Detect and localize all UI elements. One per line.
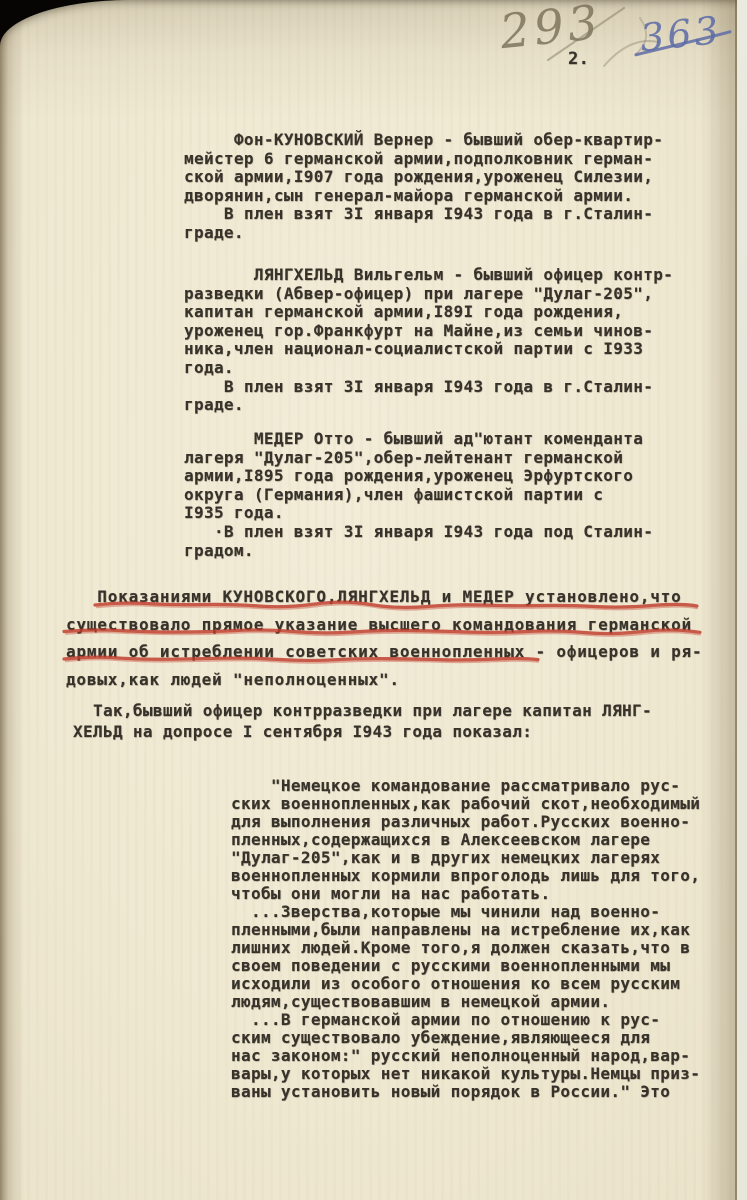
typed-line: существовало прямое указание высшего ком… <box>66 611 716 639</box>
typed-line: капитан германской армии,I89I года рожде… <box>184 303 694 322</box>
testimony-quote-paragraph: "Немецкое командование рассматривало рус… <box>231 777 726 1101</box>
typed-line: ским существовало убеждение,являющееся д… <box>231 1029 726 1047</box>
typed-line: армии об истреблении советских военнопле… <box>66 638 716 666</box>
typed-line: ХЕЛЬД на допросе I сентября I943 года по… <box>73 722 713 743</box>
typed-line: военнопленных кормили впроголодь лишь дл… <box>231 867 726 885</box>
typed-line: ской армии,I907 года рождения,уроженец С… <box>184 168 694 187</box>
typed-line: В плен взят 3I января I943 года в г.Стал… <box>184 205 694 224</box>
typed-line: вары,у которых нет никакой культуры.Немц… <box>231 1065 726 1083</box>
typed-line: пленными,были направлены на истребление … <box>231 921 726 939</box>
typed-line: МЕДЕР Отто - бывший ад"ютант коменданта <box>184 430 694 449</box>
typed-page-number: 2. <box>568 50 589 69</box>
bio-paragraph-meder: МЕДЕР Отто - бывший ад"ютант комендантал… <box>184 430 694 560</box>
typed-line: лагеря "Дулаг-205",обер-лейтенант герман… <box>184 449 694 468</box>
typed-line: года. <box>184 359 694 378</box>
bio-paragraph-kunowski: Фон-КУНОВСКИЙ Вернер - бывший обер-кварт… <box>184 131 694 243</box>
typed-line: для выполнения различных работ.Русских в… <box>231 813 726 831</box>
typed-line: ...В германской армии по отношению к рус… <box>231 1011 726 1029</box>
typed-line: исходили из особого отношения ко всем ру… <box>231 975 726 993</box>
typed-line: нас законом:" русский неполноценный наро… <box>231 1047 726 1065</box>
typed-line: Показаниями КУНОВСКОГО,ЛЯНГХЕЛЬД и МЕДЕР… <box>66 583 716 611</box>
typed-line: чтобы они могли на нас работать. <box>231 885 726 903</box>
typed-line: разведки (Абвер-офицер) при лагере "Дула… <box>184 285 694 304</box>
typed-line: ских военнопленных,как рабочий скот,необ… <box>231 795 726 813</box>
typed-line: мейстер 6 германской армии,подполковник … <box>184 150 694 169</box>
typed-line: ника,член национал-социалистской партии … <box>184 340 694 359</box>
typed-line: граде. <box>184 224 694 243</box>
typed-line: ·В плен взят 3I января I943 года под Ста… <box>184 523 694 542</box>
typed-line: ...Зверства,которые мы чинили над военно… <box>231 903 726 921</box>
scanned-document: 293 363 2. Фон-КУНОВСКИЙ Вернер - бывший… <box>0 0 747 1200</box>
typed-line: лишних людей.Кроме того,я должен сказать… <box>231 939 726 957</box>
typed-line: Так,бывший офицер контрразведки при лаге… <box>73 701 713 722</box>
typed-line: ваны установить новый порядок в России."… <box>231 1083 726 1101</box>
intro-paragraph: Так,бывший офицер контрразведки при лаге… <box>73 701 713 742</box>
typed-line: армии,I895 года рождения,уроженец Эрфурт… <box>184 467 694 486</box>
typed-line: довых,как людей "неполноценных". <box>66 666 716 694</box>
typed-line: Фон-КУНОВСКИЙ Вернер - бывший обер-кварт… <box>184 131 694 150</box>
bio-paragraph-lianghald: ЛЯНГХЕЛЬД Вильгельм - бывший офицер конт… <box>184 266 694 415</box>
handwritten-blue-number-crossed: 363 <box>638 8 724 60</box>
typed-line: округа (Германия),член фашистской партии… <box>184 486 694 505</box>
typed-line: I935 года. <box>184 504 694 523</box>
typed-line: "Дулаг-205",как и в других немецких лаге… <box>231 849 726 867</box>
typed-line: пленных,содержащихся в Алексеевском лаге… <box>231 831 726 849</box>
typed-line: дворянин,сын генерал-майора германской а… <box>184 187 694 206</box>
typed-line: ЛЯНГХЕЛЬД Вильгельм - бывший офицер конт… <box>184 266 694 285</box>
typed-line: уроженец гор.Франкфурт на Майне,из семьи… <box>184 322 694 341</box>
typed-line: В плен взят 3I января I943 года в г.Стал… <box>184 378 694 397</box>
adjacent-page-strip <box>737 0 747 1200</box>
typed-line: "Немецкое командование рассматривало рус… <box>231 777 726 795</box>
typed-line: людям,существовавшим в немецкой армии. <box>231 993 726 1011</box>
typed-line: градом. <box>184 542 694 561</box>
typed-line: граде. <box>184 396 694 415</box>
typed-line: своем поведении с русскими военнопленным… <box>231 957 726 975</box>
key-statement-paragraph: Показаниями КУНОВСКОГО,ЛЯНГХЕЛЬД и МЕДЕР… <box>66 583 716 693</box>
